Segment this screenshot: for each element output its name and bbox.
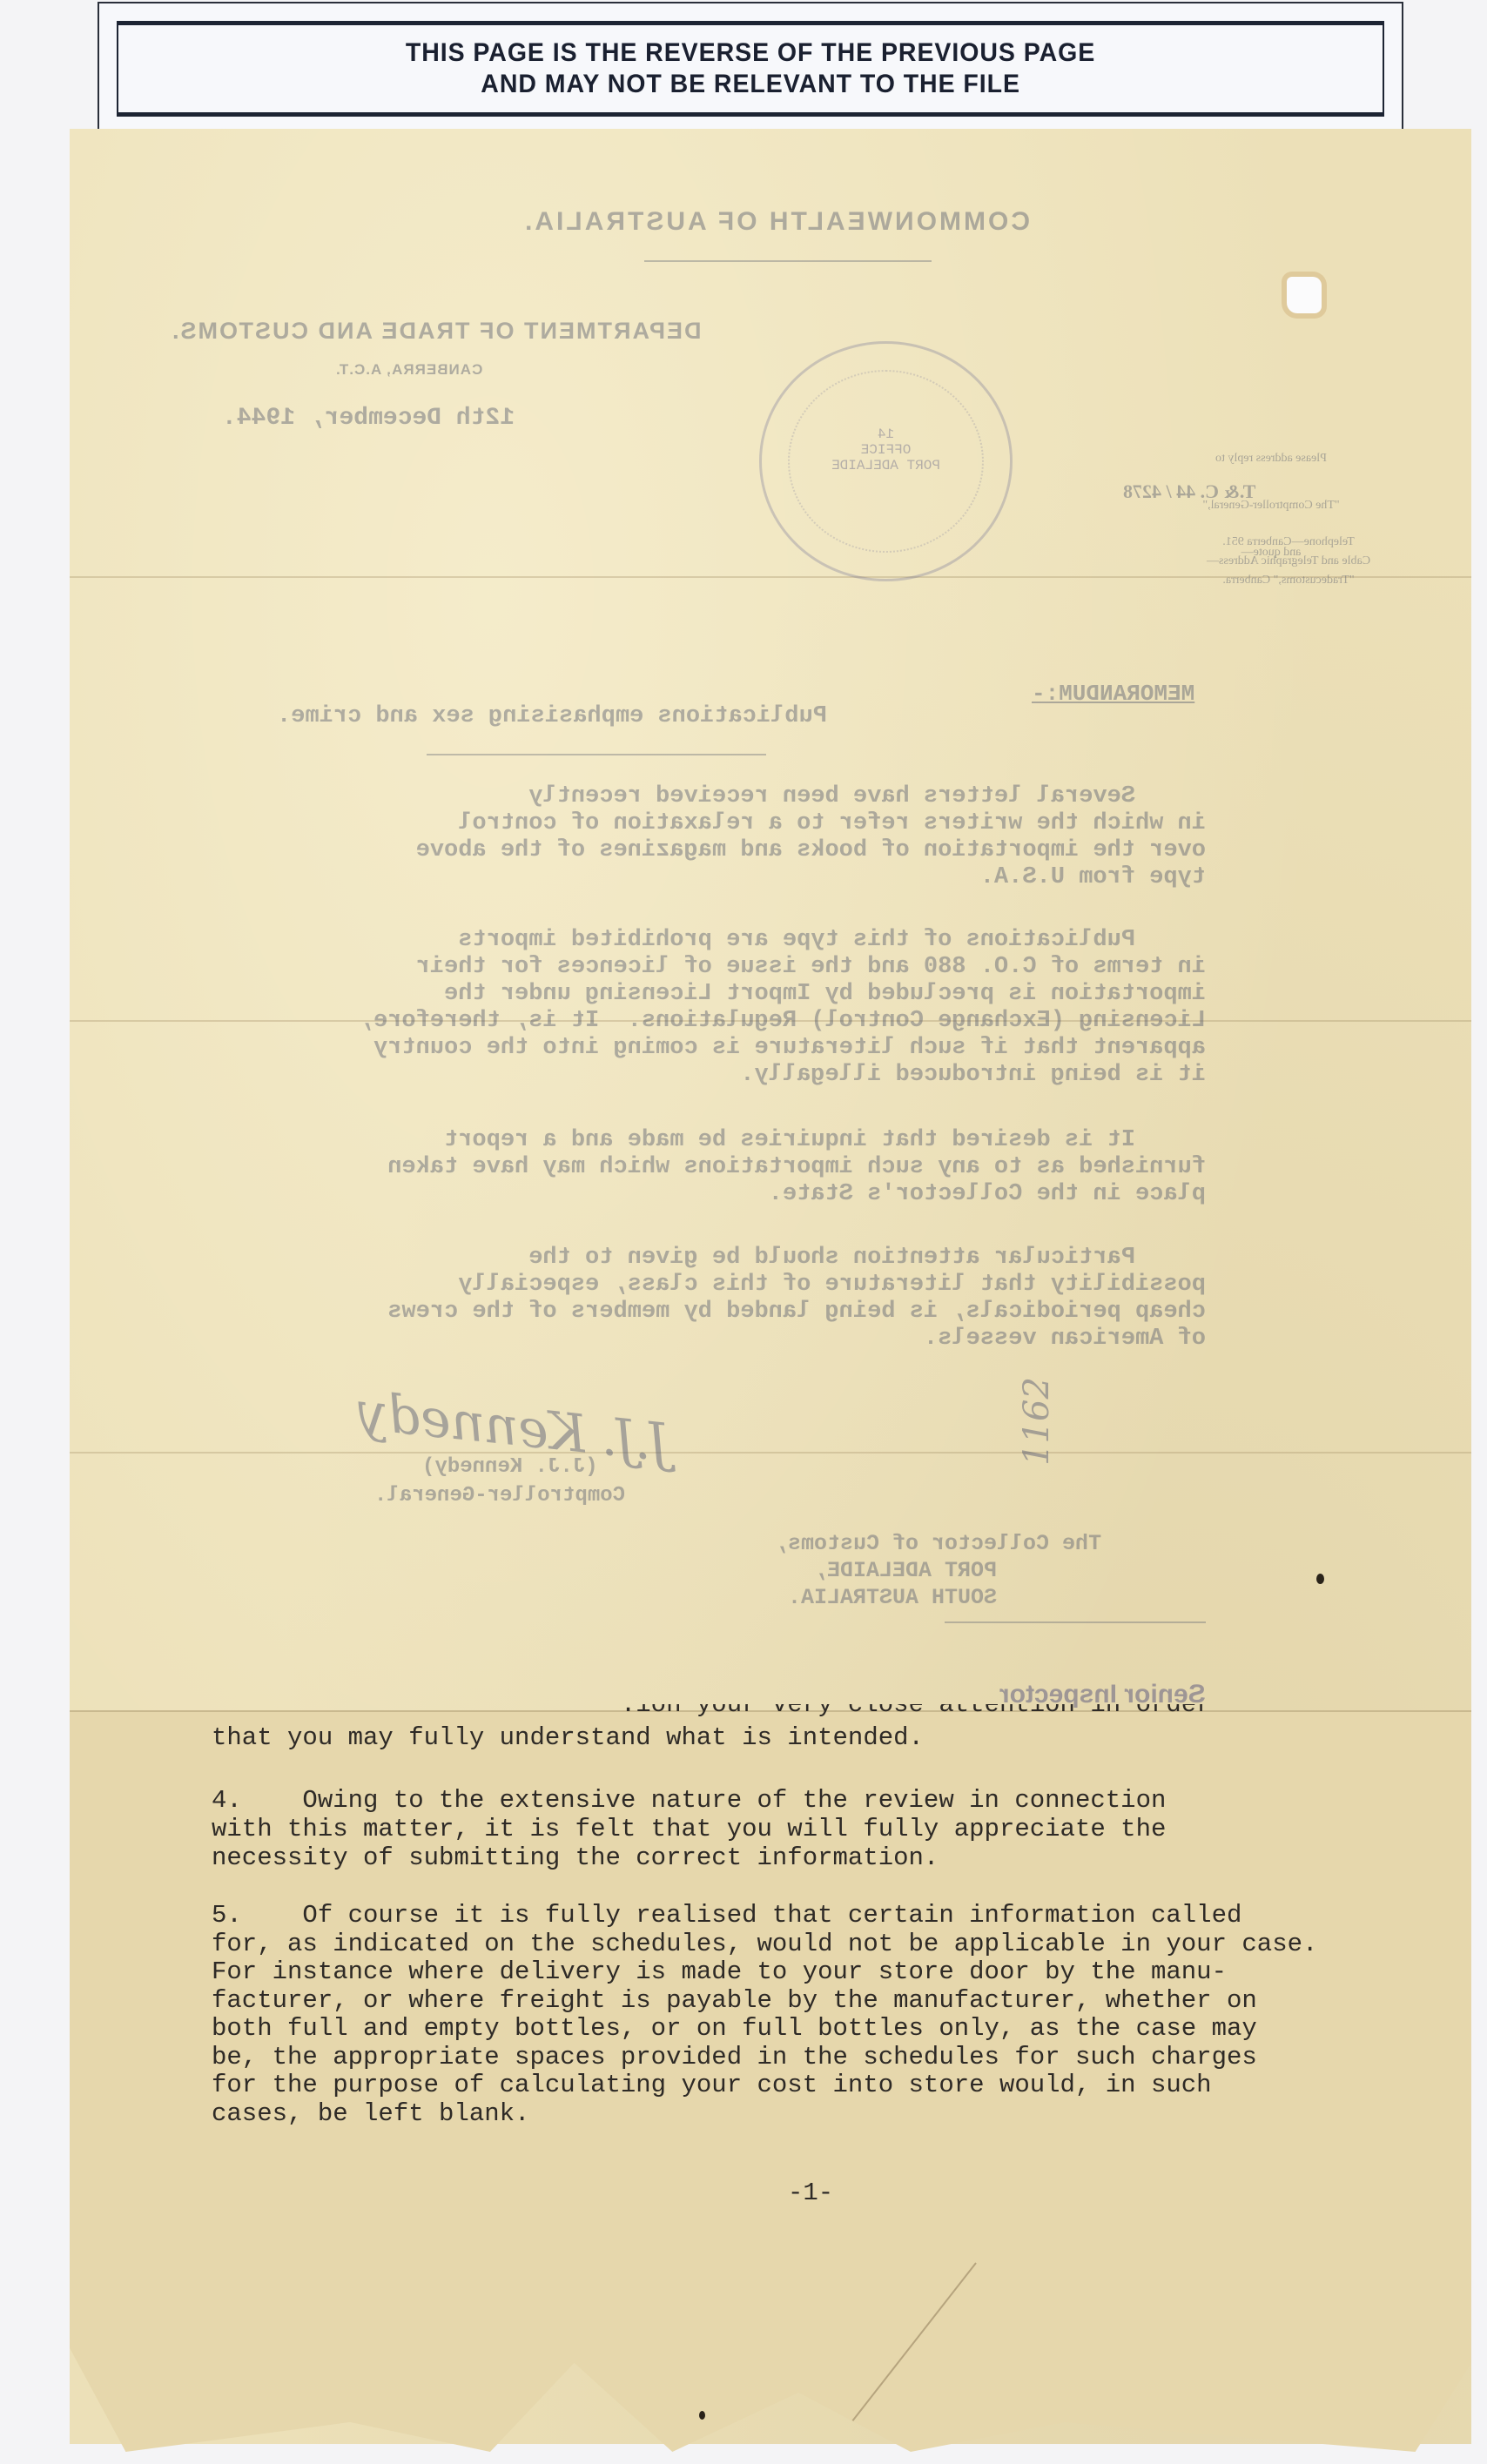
paragraph-4: 4. Owing to the extensive nature of the … xyxy=(212,1786,1474,1872)
margin-annotation: 1162 xyxy=(1017,1377,1057,1466)
received-stamp-text: 14 OFFICE PORT ADELAIDE xyxy=(762,426,1010,473)
reply-line-1: Please address reply to xyxy=(1167,451,1376,467)
addressee: The Collector of Customs, PORT ADELAIDE,… xyxy=(775,1530,1101,1611)
contact-block: Telephone—Canberra 951. Cable and Telegr… xyxy=(1184,533,1393,590)
cut-off-line: .ion your very close attention in order xyxy=(212,1704,1430,1722)
punch-hole xyxy=(1287,277,1322,313)
signatory-title: Comptroller-General. xyxy=(374,1484,625,1507)
letterhead-location: CANBERRA, A.C.T. xyxy=(335,361,482,379)
addressee-rule xyxy=(945,1621,1206,1623)
paragraph-3-end: that you may fully understand what is in… xyxy=(212,1723,1474,1752)
memorandum-subject: Publications emphasising sex and crime. xyxy=(277,703,827,729)
reference-number: T.& C. 44 / 4278 xyxy=(1123,480,1255,503)
letterhead-department: DEPARTMENT OF TRADE AND CUSTOMS. xyxy=(171,318,702,345)
cable-label: Cable and Telegraphic Address— xyxy=(1184,552,1393,571)
memorandum-paragraph-1: Several letters have been received recen… xyxy=(74,783,1206,891)
ink-spot xyxy=(1316,1574,1324,1584)
page-number: -1- xyxy=(788,2179,833,2207)
paragraph-5: 5. Of course it is fully realised that c… xyxy=(212,1902,1474,2128)
signatory-name: (J.J. Kennedy) xyxy=(422,1455,598,1479)
letterhead-country: COMMONWEALTH OF AUSTRALIA. xyxy=(522,207,1030,237)
memorandum-label: MEMORANDUM:- xyxy=(1032,681,1194,707)
archive-notice-banner: THIS PAGE IS THE REVERSE OF THE PREVIOUS… xyxy=(98,2,1403,132)
memorandum-paragraph-4: Particular attention should be given to … xyxy=(74,1245,1206,1353)
archive-notice-frame: THIS PAGE IS THE REVERSE OF THE PREVIOUS… xyxy=(117,21,1384,117)
telephone: Telephone—Canberra 951. xyxy=(1184,533,1393,552)
archive-notice-line-2: AND MAY NOT BE RELEVANT TO THE FILE xyxy=(481,69,1020,100)
received-stamp: 14 OFFICE PORT ADELAIDE xyxy=(759,341,1013,581)
archive-notice-line-1: THIS PAGE IS THE REVERSE OF THE PREVIOUS… xyxy=(406,37,1095,69)
subject-rule xyxy=(427,754,766,755)
letterhead-rule xyxy=(644,260,932,262)
memorandum-paragraph-3: It is desired that inquiries be made and… xyxy=(74,1127,1206,1208)
letter-date: 12th December, 1944. xyxy=(222,405,515,432)
memorandum-paragraph-2: Publications of this type are prohibited… xyxy=(74,927,1206,1089)
fold-crease xyxy=(70,1452,1471,1454)
cable-address: "Tradecustoms," Canberra. xyxy=(1184,571,1393,590)
ink-spot xyxy=(699,2411,705,2420)
